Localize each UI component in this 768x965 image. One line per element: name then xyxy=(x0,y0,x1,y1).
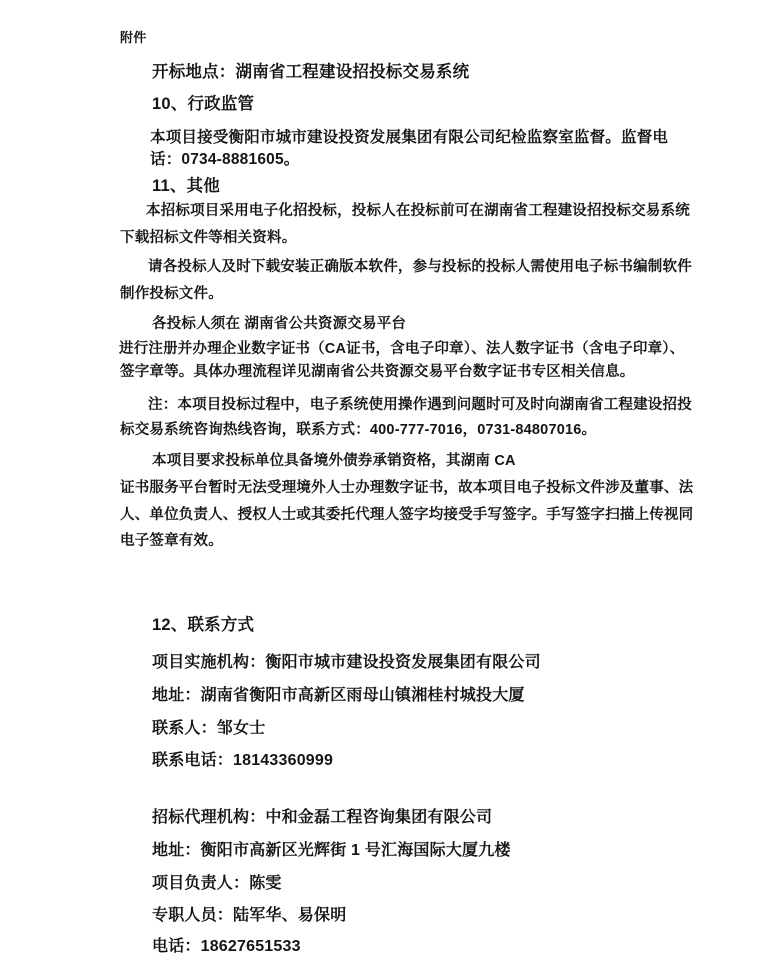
agency-phone-line: 电话：18627651533 xyxy=(152,937,301,956)
para-registration-line-2: 进行注册并办理企业数字证书（CA证书，含电子印章）、法人数字证书（含电子印章）、 xyxy=(119,341,684,358)
document-page: 附件 开标地点：湖南省工程建设招投标交易系统 10、行政监管 本项目接受衡阳市城… xyxy=(0,0,768,965)
para-registration-line-1: 各投标人须在 湖南省公共资源交易平台 xyxy=(152,316,406,333)
agency-manager-line: 项目负责人：陈雯 xyxy=(152,874,282,893)
para-signature-line-1: 本项目要求投标单位具备境外债券承销资格，其湖南 CA xyxy=(152,453,516,470)
implementer-org-line: 项目实施机构：衡阳市城市建设投资发展集团有限公司 xyxy=(152,653,541,672)
para-software-line-1: 请各投标人及时下载安装正确版本软件，参与投标的投标人需使用电子标书编制软件 xyxy=(148,259,692,276)
para-signature-line-2: 证书服务平台暂时无法受理境外人士办理数字证书，故本项目电子投标文件涉及董事、法 xyxy=(120,480,693,497)
section-10-line-2: 话：0734-8881605。 xyxy=(150,151,300,170)
para-electronic-line-1: 本招标项目采用电子化招投标，投标人在投标前可在湖南省工程建设招投标交易系统 xyxy=(146,203,690,220)
attachment-label: 附件 xyxy=(120,30,146,46)
para-note-line-2: 标交易系统咨询热线咨询，联系方式：400-777-7016，0731-84807… xyxy=(120,422,596,439)
agency-address-line: 地址：衡阳市高新区光辉街 1 号汇海国际大厦九楼 xyxy=(152,841,511,860)
para-electronic-line-2: 下载招标文件等相关资料。 xyxy=(120,230,296,247)
section-11-heading: 11、其他 xyxy=(152,177,220,197)
section-10-heading: 10、行政监管 xyxy=(152,95,254,115)
para-note-line-1: 注：本项目投标过程中，电子系统使用操作遇到问题时可及时向湖南省工程建设招投 xyxy=(148,397,692,414)
agency-org-line: 招标代理机构：中和金磊工程咨询集团有限公司 xyxy=(152,808,492,827)
implementer-phone-line: 联系电话：18143360999 xyxy=(152,751,333,770)
para-software-line-2: 制作投标文件。 xyxy=(120,286,223,303)
para-registration-line-3: 签字章等。具体办理流程详见湖南省公共资源交易平台数字证书专区相关信息。 xyxy=(120,364,635,381)
para-signature-line-4: 电子签章有效。 xyxy=(120,533,223,550)
opening-location-line: 开标地点：湖南省工程建设招投标交易系统 xyxy=(152,63,469,83)
implementer-address-line: 地址：湖南省衡阳市高新区雨母山镇湘桂村城投大厦 xyxy=(152,686,525,705)
implementer-contact-line: 联系人：邹女士 xyxy=(152,719,265,738)
section-12-heading: 12、联系方式 xyxy=(152,616,254,636)
section-10-line-1: 本项目接受衡阳市城市建设投资发展集团有限公司纪检监察室监督。监督电 xyxy=(150,129,668,148)
agency-staff-line: 专职人员：陆军华、易保明 xyxy=(152,906,346,925)
para-signature-line-3: 人、单位负责人、授权人士或其委托代理人签字均接受手写签字。手写签字扫描上传视同 xyxy=(120,507,693,524)
